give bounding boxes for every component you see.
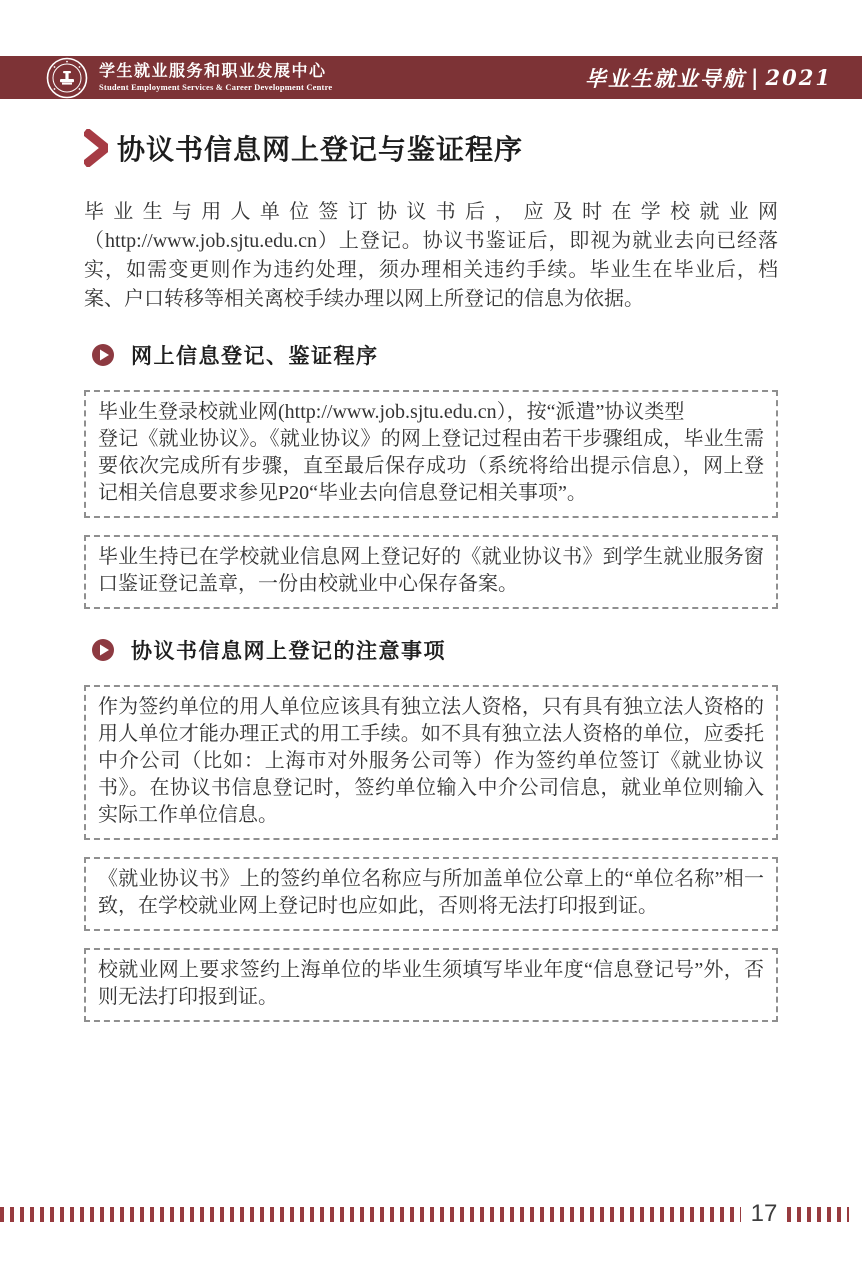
page-title-row: 协议书信息网上登记与鉴证程序 [84, 128, 778, 168]
info-box-legal-person-qualification: 作为签约单位的用人单位应该具有独立法人资格，只有具有独立法人资格的用人单位才能办… [84, 685, 778, 840]
org-name-zh: 学生就业服务和职业发展中心 [99, 63, 332, 81]
footer: 17 [0, 1205, 862, 1223]
page-number: 17 [741, 1205, 787, 1223]
info-box-text: 作为签约单位的用人单位应该具有独立法人资格，只有具有独立法人资格的用人单位才能办… [98, 696, 764, 826]
document-page: { "header": { "org_name_zh": "学生就业服务和职业发… [0, 0, 862, 1275]
info-box-stamp-verification: 毕业生持已在学校就业信息网上登记好的《就业协议书》到学生就业服务窗口鉴证登记盖章… [84, 535, 778, 609]
info-box-registration-number: 校就业网上要求签约上海单位的毕业生须填写毕业年度“信息登记号”外，否则无法打印报… [84, 948, 778, 1022]
page-content: 协议书信息网上登记与鉴证程序 毕业生与用人单位签订协议书后，应及时在学校就业网（… [84, 128, 778, 1039]
footer-dash-strip-right [787, 1207, 849, 1222]
info-box-text: 校就业网上要求签约上海单位的毕业生须填写毕业年度“信息登记号”外，否则无法打印报… [98, 959, 764, 1008]
footer-dash-strip-left [0, 1207, 741, 1222]
section-heading-registration-notes: 协议书信息网上登记的注意事项 [92, 635, 778, 665]
play-circle-icon [92, 639, 114, 661]
play-circle-icon [92, 344, 114, 366]
banner-title: 毕业生就业导航 | 2021 [585, 63, 862, 93]
info-box-unit-name-consistency: 《就业协议书》上的签约单位名称应与所加盖单位公章上的“单位名称”相一致，在学校就… [84, 857, 778, 931]
section-heading-text: 网上信息登记、鉴证程序 [131, 340, 379, 370]
info-box-online-registration: 毕业生登录校就业网(http://www.job.sjtu.edu.cn），按“… [84, 390, 778, 518]
university-seal-logo-icon [46, 57, 88, 99]
intro-paragraph: 毕业生与用人单位签订协议书后，应及时在学校就业网（http://www.job.… [84, 198, 778, 314]
org-name-en: Student Employment Services & Career Dev… [99, 83, 332, 92]
banner-title-text: 毕业生就业导航 [585, 63, 746, 93]
header-bar: 学生就业服务和职业发展中心 Student Employment Service… [0, 56, 862, 99]
chevron-right-icon [84, 129, 108, 167]
banner-year: 2021 [766, 65, 832, 90]
page-title: 协议书信息网上登记与鉴证程序 [117, 128, 523, 168]
info-box-text: 毕业生持已在学校就业信息网上登记好的《就业协议书》到学生就业服务窗口鉴证登记盖章… [98, 546, 764, 595]
section-heading-registration-procedure: 网上信息登记、鉴证程序 [92, 340, 778, 370]
section-heading-text: 协议书信息网上登记的注意事项 [131, 635, 446, 665]
info-box-text: 毕业生登录校就业网(http://www.job.sjtu.edu.cn），按“… [98, 401, 684, 423]
info-box-text: 《就业协议书》上的签约单位名称应与所加盖单位公章上的“单位名称”相一致，在学校就… [98, 868, 764, 917]
org-name-block: 学生就业服务和职业发展中心 Student Employment Service… [99, 63, 332, 93]
banner-divider: | [751, 65, 761, 90]
info-box-text: 登记《就业协议》。《就业协议》的网上登记过程由若干步骤组成，毕业生需要依次完成所… [98, 428, 764, 504]
